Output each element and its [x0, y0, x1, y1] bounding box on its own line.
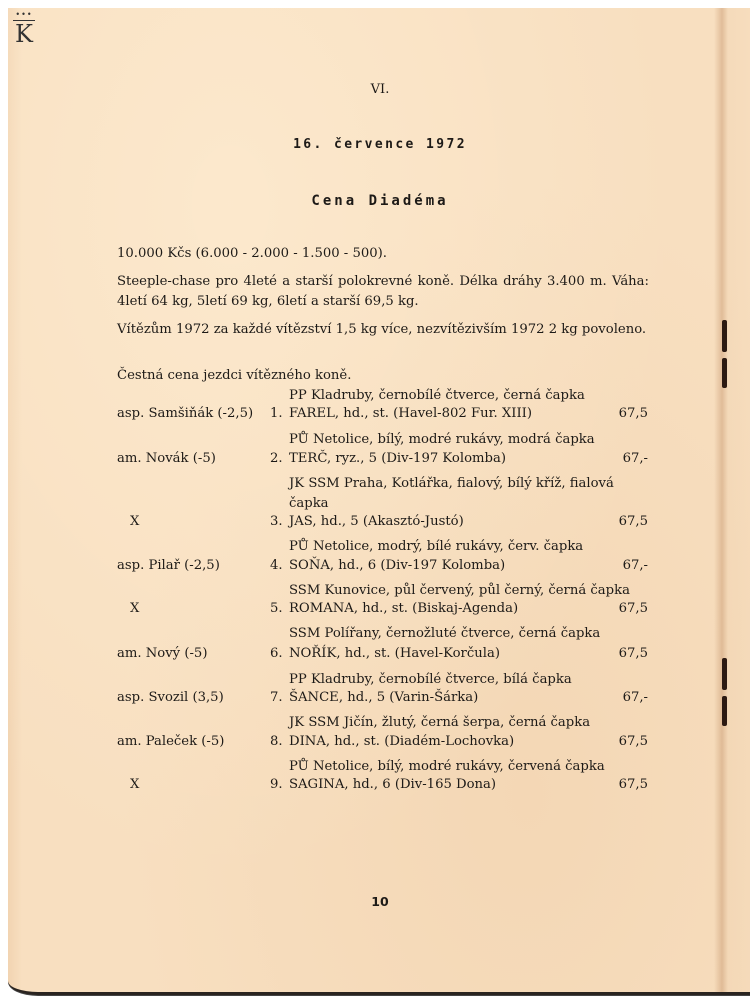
- staple-icon: [722, 658, 727, 690]
- entry-owner: PŮ Netolice, modrý, bílé rukávy, červ. č…: [289, 537, 649, 557]
- entry-jockey: X: [130, 777, 139, 792]
- entry-weight: 67,-: [560, 690, 648, 705]
- entry-number: 9.: [270, 777, 283, 792]
- entry-owner: SSM Polířany, černožluté čtverce, černá …: [289, 624, 649, 644]
- entry-jockey: am. Novák (-5): [117, 451, 216, 466]
- entry-owner: PP Kladruby, černobílé čtverce, bílá čap…: [289, 670, 649, 690]
- entry-horse: JAS, hd., 5 (Akasztó-Justó): [289, 514, 464, 529]
- staple-icon: [722, 320, 727, 352]
- entry-weight: 67,5: [560, 734, 648, 749]
- prize-money: 10.000 Kčs (6.000 - 2.000 - 1.500 - 500)…: [117, 244, 649, 264]
- entry-horse: SOŇA, hd., 6 (Div-197 Kolomba): [289, 558, 505, 573]
- entry-jockey: am. Paleček (-5): [117, 734, 224, 749]
- race-title: Cena Diadéma: [0, 193, 750, 209]
- staple-icon: [722, 696, 727, 726]
- entry-weight: 67,5: [560, 514, 648, 529]
- entry-number: 6.: [270, 646, 283, 661]
- entry-owner: JK SSM Jičín, žlutý, černá šerpa, černá …: [289, 713, 649, 733]
- entry-number: 3.: [270, 514, 283, 529]
- section-number: VI.: [0, 82, 750, 97]
- entry-jockey: asp. Svozil (3,5): [117, 690, 224, 705]
- entry-jockey: X: [130, 601, 139, 616]
- entry-horse: NOŘÍK, hd., st. (Havel-Korčula): [289, 646, 500, 661]
- entry-jockey: X: [130, 514, 139, 529]
- logo-letter: K: [13, 21, 35, 47]
- binding-fold: [714, 8, 750, 992]
- honor-prize: Čestná cena jezdci vítězného koně.: [117, 366, 649, 386]
- entry-horse: ROMANA, hd., st. (Biskaj-Agenda): [289, 601, 518, 616]
- weight-allowances: Vítězům 1972 za každé vítězství 1,5 kg v…: [117, 320, 649, 340]
- entry-owner: PP Kladruby, černobílé čtverce, černá ča…: [289, 386, 649, 406]
- publisher-logo-icon: ••• K: [13, 12, 35, 47]
- entry-jockey: am. Nový (-5): [117, 646, 207, 661]
- page-number: 10: [0, 894, 750, 909]
- entry-owner: SSM Kunovice, půl červený, půl černý, če…: [289, 581, 649, 601]
- entry-number: 5.: [270, 601, 283, 616]
- entry-horse: SAGINA, hd., 6 (Div-165 Dona): [289, 777, 496, 792]
- race-conditions: Steeple-chase pro 4leté a starší polokre…: [117, 272, 649, 312]
- entry-jockey: asp. Pilař (-2,5): [117, 558, 220, 573]
- entry-number: 8.: [270, 734, 283, 749]
- entry-owner: PŮ Netolice, bílý, modré rukávy, červená…: [289, 757, 649, 777]
- entry-number: 4.: [270, 558, 283, 573]
- entry-weight: 67,5: [560, 601, 648, 616]
- entry-horse: ŠANCE, hd., 5 (Varin-Šárka): [289, 690, 478, 705]
- entry-owner: PŮ Netolice, bílý, modré rukávy, modrá č…: [289, 430, 649, 450]
- entry-number: 2.: [270, 451, 283, 466]
- entry-weight: 67,-: [560, 558, 648, 573]
- race-date: 16. července 1972: [0, 137, 750, 152]
- entry-weight: 67,5: [560, 777, 648, 792]
- entry-horse: TERČ, ryz., 5 (Div-197 Kolomba): [289, 451, 506, 466]
- staple-icon: [722, 358, 727, 388]
- entry-jockey: asp. Samšiňák (-2,5): [117, 406, 253, 421]
- entry-weight: 67,-: [560, 451, 648, 466]
- entry-horse: FAREL, hd., st. (Havel-802 Fur. XIII): [289, 406, 532, 421]
- entry-owner: JK SSM Praha, Kotlářka, fialový, bílý kř…: [289, 474, 649, 514]
- entry-number: 1.: [270, 406, 283, 421]
- entry-horse: DINA, hd., st. (Diadém-Lochovka): [289, 734, 514, 749]
- entry-number: 7.: [270, 690, 283, 705]
- entry-weight: 67,5: [560, 406, 648, 421]
- entry-weight: 67,5: [560, 646, 648, 661]
